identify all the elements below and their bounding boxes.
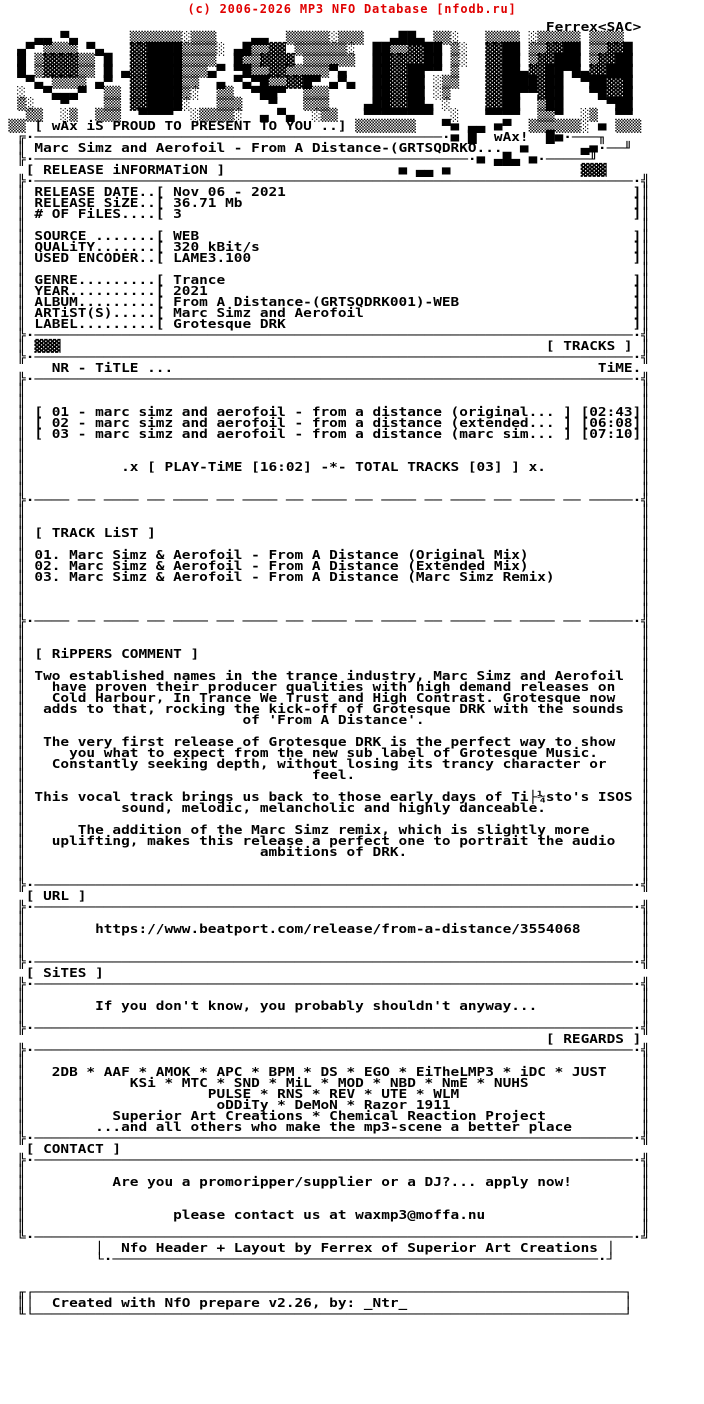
nfo-page: (c) 2006-2026 MP3 NFO Database [nfodb.ru… bbox=[0, 0, 704, 1404]
nfo-body: Ferrex<SAC> ▄▄ ▀▄ ▒▒▒▒▒▒░▒▒▒ ▄▄ ▒▒▒▒▒░▒▒… bbox=[0, 22, 680, 1364]
nfodb-copyright-header: (c) 2006-2026 MP3 NFO Database [nfodb.ru… bbox=[0, 0, 704, 22]
